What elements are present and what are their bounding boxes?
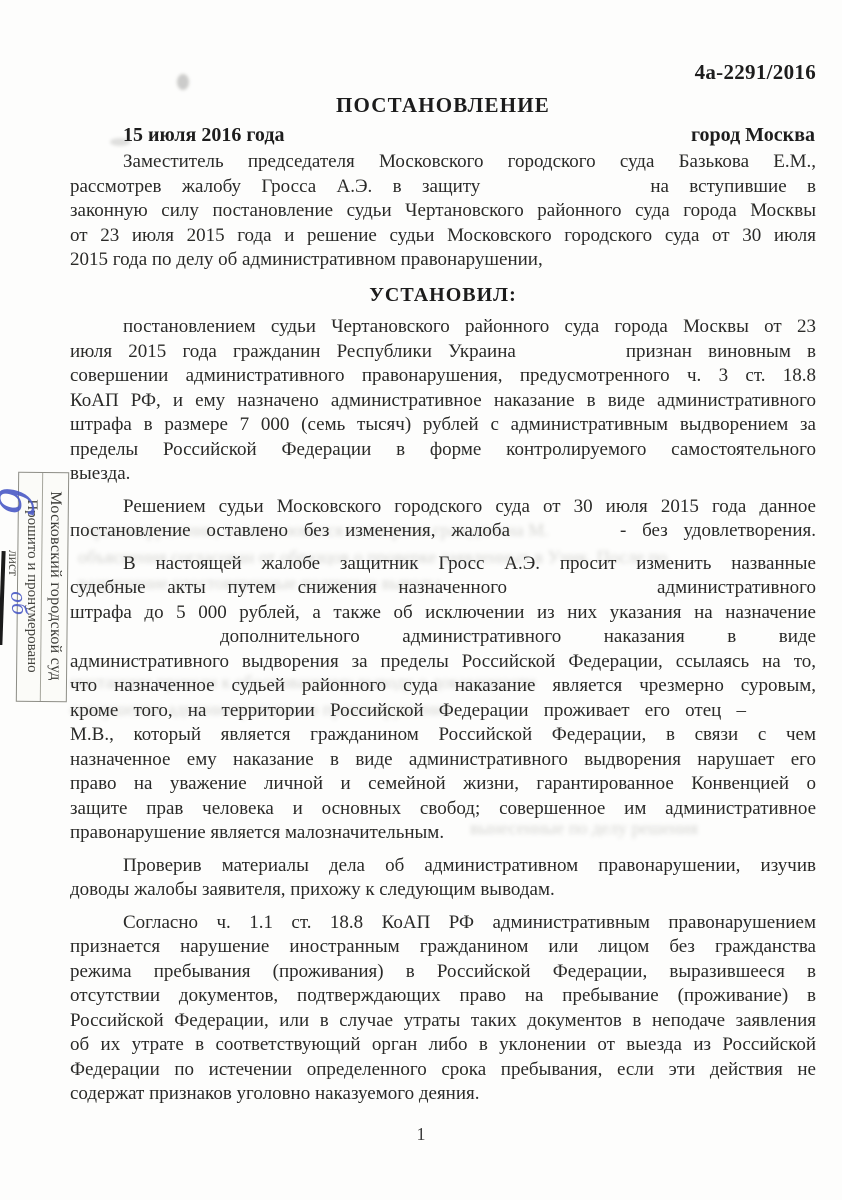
text-line: совершении административного правонаруше… xyxy=(70,364,816,389)
document-date: 15 июля 2016 года xyxy=(123,124,284,147)
text-line: назначенное ему наказание в виде админис… xyxy=(70,748,816,773)
text-line: рассмотрев жалобу Гросса А.Э. в защитуна… xyxy=(70,175,816,200)
text-line: Заместитель председателя Московского гор… xyxy=(70,150,816,175)
paragraph: Решением судьи Московского городского су… xyxy=(70,495,816,544)
text-line: судебные акты путем снижения назначенног… xyxy=(70,576,816,601)
text-line: постановлением судьи Чертановского район… xyxy=(70,315,816,340)
document-place: город Москва xyxy=(691,124,815,147)
text-line: 2015 года по делу об административном пр… xyxy=(70,248,816,273)
paragraph: Согласно ч. 1.1 ст. 18.8 КоАП РФ админис… xyxy=(70,911,816,1107)
text-line: Решением судьи Московского городского су… xyxy=(70,495,816,520)
text-line: режима пребывания (проживания) в Российс… xyxy=(70,960,816,985)
text-line: июля 2015 года гражданин Республики Укра… xyxy=(70,340,816,365)
text-line: отсутствии документов, подтверждающих пр… xyxy=(70,984,816,1009)
document-body: Заместитель председателя Московского гор… xyxy=(70,150,816,1107)
text-line: постановление оставлено без изменения, ж… xyxy=(70,519,816,544)
text-line: признается нарушение иностранным граждан… xyxy=(70,935,816,960)
text-line: Федерации по истечении определенного сро… xyxy=(70,1058,816,1083)
text-line: В настоящей жалобе защитник Гросс А.Э. п… xyxy=(70,552,816,577)
text-line: штрафа в размере 7 000 (семь тысяч) рубл… xyxy=(70,413,816,438)
redaction-gap xyxy=(70,641,220,642)
redaction-gap xyxy=(516,356,626,357)
text-line: Согласно ч. 1.1 ст. 18.8 КоАП РФ админис… xyxy=(70,911,816,936)
handwritten-sheet-count: 6 xyxy=(0,486,44,517)
redaction-gap xyxy=(507,592,657,593)
paragraph: постановлением судьи Чертановского район… xyxy=(70,315,816,487)
text-line: от 23 июля 2015 года и решение судьи Мос… xyxy=(70,224,816,249)
redaction-gap xyxy=(480,191,650,192)
date-row: 15 июля 2016 года город Москва xyxy=(123,124,815,147)
text-line: защите прав человека и основных свобод; … xyxy=(70,797,816,822)
paragraph: В настоящей жалобе защитник Гросс А.Э. п… xyxy=(70,552,816,846)
text-line: об их утрате в соответствующий орган либ… xyxy=(70,1033,816,1058)
text-line: КоАП РФ, и ему назначено административно… xyxy=(70,389,816,414)
text-line: доводы жалобы заявителя, прихожу к следу… xyxy=(70,878,816,903)
handwritten-sheet-suffix: об xyxy=(6,590,32,616)
text-line: Проверив материалы дела об административ… xyxy=(70,854,816,879)
case-number: 4а-2291/2016 xyxy=(695,60,816,85)
text-line: М.В., который является гражданином Росси… xyxy=(70,723,816,748)
paragraph: Проверив материалы дела об административ… xyxy=(70,854,816,903)
text-line: Российской Федерации, или в случае утрат… xyxy=(70,1009,816,1034)
text-line: содержат признаков уголовно наказуемого … xyxy=(70,1082,816,1107)
page-number: 1 xyxy=(0,1124,842,1145)
document-page: правонарушении, воспользовался паспортом… xyxy=(0,0,842,1200)
stamp-court-name: Московский городской суд xyxy=(46,475,64,697)
scan-smudge xyxy=(177,74,189,90)
redaction-gap xyxy=(746,715,816,716)
text-line: штрафа до 5 000 рублей, а также об исклю… xyxy=(70,601,816,626)
paragraph: Заместитель председателя Московского гор… xyxy=(70,150,816,273)
text-line: административного выдворения за пределы … xyxy=(70,650,816,675)
text-line: правонарушение является малозначительным… xyxy=(70,821,816,846)
section-heading-ustanovil: УСТАНОВИЛ: xyxy=(70,283,816,308)
text-line: законную силу постановление судьи Чертан… xyxy=(70,199,816,224)
text-line: выезда. xyxy=(70,462,816,487)
text-line: кроме того, на территории Российской Фед… xyxy=(70,699,816,724)
text-line: что назначенное судьей районного суда на… xyxy=(70,674,816,699)
text-line: право на уважение личной и семейной жизн… xyxy=(70,772,816,797)
document-title: ПОСТАНОВЛЕНИЕ xyxy=(70,93,816,118)
text-line: дополнительного административного наказа… xyxy=(70,625,816,650)
text-line: пределы Российской Федерации в форме кон… xyxy=(70,438,816,463)
redaction-gap xyxy=(510,535,620,536)
